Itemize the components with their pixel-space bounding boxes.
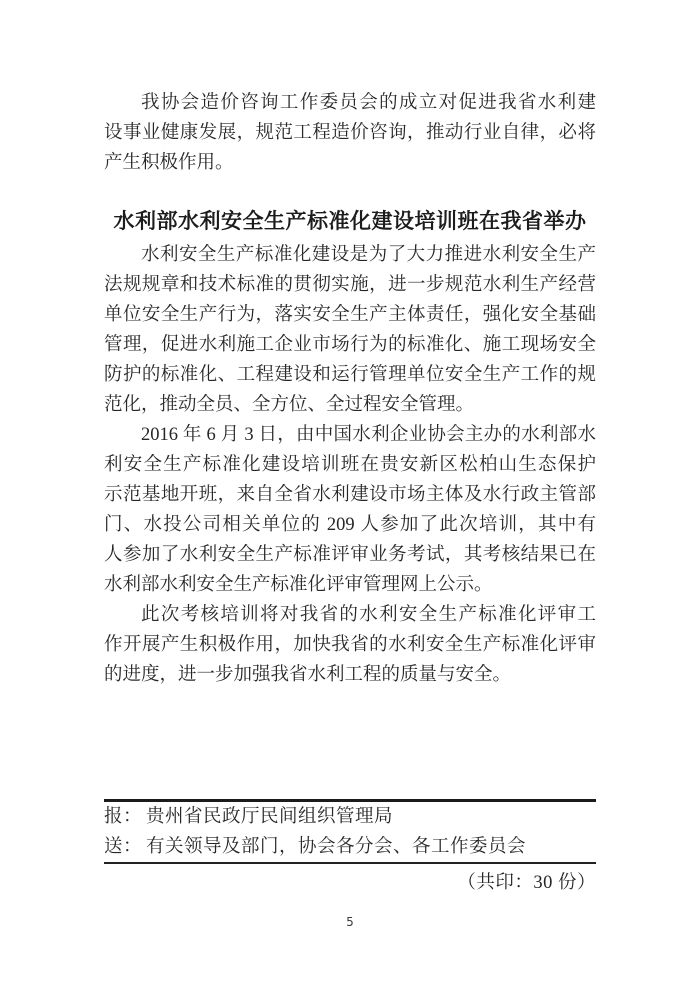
send-label: 送： bbox=[104, 837, 142, 857]
section-heading: 水利部水利安全生产标准化建设培训班在我省举办 bbox=[104, 206, 596, 236]
copies-note: （共印：30 份） bbox=[104, 870, 596, 896]
text-line: 产生积极作用。 bbox=[104, 148, 596, 178]
intro-paragraph: 我协会造价咨询工作委员会的成立对促进我省水利建设事业健康发展，规范工程造价咨询，… bbox=[104, 88, 596, 178]
text-line: 水利部水利安全生产标准化评审管理网上公示。 bbox=[104, 570, 596, 600]
paragraphs-container: 我协会造价咨询工作委员会的成立对促进我省水利建设事业健康发展，规范工程造价咨询，… bbox=[104, 88, 596, 690]
text-line: 作开展产生积极作用，加快我省的水利安全生产标准化评审 bbox=[104, 630, 596, 660]
training-event-paragraph: 2016 年 6 月 3 日，由中国水利企业协会主办的水利部水利安全生产标准化建… bbox=[104, 420, 596, 600]
text-line: 此次考核培训将对我省的水利安全生产标准化评审工 bbox=[104, 600, 596, 630]
text-line: 利安全生产标准化建设培训班在贵安新区松柏山生态保护 bbox=[104, 450, 596, 480]
conclusion-paragraph: 此次考核培训将对我省的水利安全生产标准化评审工作开展产生积极作用，加快我省的水利… bbox=[104, 600, 596, 690]
send-line: 送：有关领导及部门，协会各分会、各工作委员会 bbox=[104, 832, 596, 862]
document-content: 我协会造价咨询工作委员会的成立对促进我省水利建设事业健康发展，规范工程造价咨询，… bbox=[104, 88, 596, 896]
text-line: 门、水投公司相关单位的 209 人参加了此次培训，其中有 147 bbox=[104, 510, 596, 540]
footer-bottom-rule bbox=[104, 862, 596, 864]
document-footer: 报：贵州省民政厅民间组织管理局 送：有关领导及部门，协会各分会、各工作委员会 （… bbox=[104, 799, 596, 896]
text-line: 人参加了水利安全生产标准评审业务考试，其考核结果已在 bbox=[104, 540, 596, 570]
text-line: 2016 年 6 月 3 日，由中国水利企业协会主办的水利部水 bbox=[104, 420, 596, 450]
text-line: 设事业健康发展，规范工程造价咨询，推动行业自律，必将 bbox=[104, 118, 596, 148]
standardization-purpose-paragraph: 水利安全生产标准化建设是为了大力推进水利安全生产法规规章和技术标准的贯彻实施，进… bbox=[104, 240, 596, 420]
text-line: 水利安全生产标准化建设是为了大力推进水利安全生产 bbox=[104, 240, 596, 270]
text-line: 示范基地开班，来自全省水利建设市场主体及水行政主管部 bbox=[104, 480, 596, 510]
text-line: 单位安全生产行为，落实安全生产主体责任，强化安全基础 bbox=[104, 300, 596, 330]
send-value: 有关领导及部门，协会各分会、各工作委员会 bbox=[146, 837, 526, 857]
report-line: 报：贵州省民政厅民间组织管理局 bbox=[104, 802, 596, 832]
text-line: 防护的标准化、工程建设和运行管理单位安全生产工作的规 bbox=[104, 360, 596, 390]
text-line: 水利部水利安全生产标准化建设培训班在我省举办 bbox=[104, 206, 596, 236]
text-line: 的进度，进一步加强我省水利工程的质量与安全。 bbox=[104, 660, 596, 690]
document-page: 我协会造价咨询工作委员会的成立对促进我省水利建设事业健康发展，规范工程造价咨询，… bbox=[0, 0, 700, 990]
text-line: 管理，促进水利施工企业市场行为的标准化、施工现场安全 bbox=[104, 330, 596, 360]
text-line: 范化，推动全员、全方位、全过程安全管理。 bbox=[104, 390, 596, 420]
report-label: 报： bbox=[104, 807, 142, 827]
text-line: 法规规章和技术标准的贯彻实施，进一步规范水利生产经营 bbox=[104, 270, 596, 300]
report-value: 贵州省民政厅民间组织管理局 bbox=[146, 807, 393, 827]
page-number: 5 bbox=[0, 912, 700, 932]
text-line: 我协会造价咨询工作委员会的成立对促进我省水利建 bbox=[104, 88, 596, 118]
